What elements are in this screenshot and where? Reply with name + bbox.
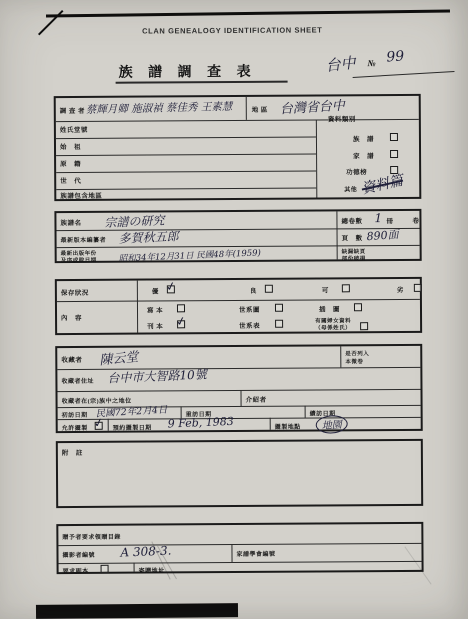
volumes-value: 1	[374, 211, 382, 225]
filming-date-value: 9 Feb, 1983	[167, 415, 234, 431]
checkbox-clan-genealogy	[390, 133, 398, 141]
content-item-label: 刊 本	[147, 321, 163, 330]
filming-place-value: 地園	[315, 414, 348, 434]
checkbox-permit-filming	[95, 422, 103, 430]
section-genealogy-info: 族譜名 宗譜の研究 總卷數 1 冊 卷 最新版本編纂者 多賀秋五郎 頁 數 89…	[54, 209, 421, 263]
city-handwritten: 台中	[324, 52, 356, 76]
filming-place-label: 攝製地點	[275, 422, 301, 431]
genealogy-name-label: 族譜名	[60, 218, 81, 227]
material-item-label: 族 譜	[353, 134, 374, 143]
checkbox-illustrations	[354, 303, 362, 311]
content-item-label: 世系表	[239, 321, 260, 330]
volumes-unit-ce: 冊	[386, 216, 393, 225]
genealogy-form: CLAN GENEALOGY IDENTIFICATION SHEET 族 譜 …	[0, 0, 468, 619]
divider-line	[134, 563, 135, 572]
preserve-option-label: 優	[152, 286, 159, 295]
volumes-label: 總卷數	[341, 216, 362, 225]
field-label-regions-covered: 族譜包含地區	[60, 191, 102, 200]
preserve-option-label: 可	[322, 285, 329, 294]
divider-line	[57, 389, 420, 392]
preserve-option-label: 良	[250, 286, 257, 295]
address-value: 台中市大智路10號	[107, 365, 207, 386]
divider-line	[340, 346, 341, 367]
collector-value: 陳云堂	[98, 346, 139, 369]
divider-line	[336, 211, 337, 259]
section-notes: 附 註	[56, 439, 423, 508]
pages-label: 頁 數	[342, 233, 363, 242]
divider-line	[57, 299, 420, 302]
society-number-label: 家譜學會編號	[236, 549, 275, 558]
address-label: 收藏者住址	[61, 376, 94, 385]
surveyor-value: 蔡輝月卿 施淑禎 蔡佳秀 王素慧	[86, 99, 233, 117]
divider-line	[246, 97, 247, 120]
content-item-label: 世系圖	[239, 305, 260, 314]
checkbox-family-genealogy	[390, 150, 398, 158]
introducer-label: 介紹者	[246, 395, 267, 404]
checkbox-excellent	[167, 285, 175, 293]
region-label: 地 區	[252, 105, 268, 114]
divider-line	[56, 187, 316, 190]
checkbox-women-data	[360, 322, 368, 330]
preservation-label: 保存狀況	[61, 288, 89, 297]
section-condition-content: 保存狀況 優 良 可 劣 內 容 寫 本 刊 本 世系圖 世系表 插 圖 有關婦…	[55, 277, 422, 335]
divider-line	[56, 153, 316, 156]
first-visit-value: 民國72年2月4日	[95, 402, 167, 420]
compiler-label: 最新版本編纂者	[61, 235, 107, 244]
permit-filming-label: 允許攝製	[62, 423, 88, 432]
content-item-label: 寫 本	[147, 305, 163, 314]
checkbox-request-copy	[101, 565, 109, 573]
checkbox-good	[265, 285, 273, 293]
surveyor-label: 調 查 者	[60, 106, 85, 115]
microfilm-label-line1: 是否列入	[345, 349, 369, 357]
women-data-label-line2: （母係姓氏）	[315, 323, 351, 331]
checkbox-fair	[342, 284, 350, 292]
divider-line	[56, 136, 316, 139]
divider-line	[108, 419, 109, 431]
pages-value: 890面	[366, 226, 399, 244]
no-value-handwritten: 99	[386, 48, 405, 65]
no-underline	[353, 71, 455, 78]
divider-line	[240, 390, 241, 406]
divider-line	[58, 543, 421, 546]
microfilm-label-line2: 本微卷	[345, 357, 363, 365]
mailing-address-label: 寄贈地址	[139, 565, 165, 574]
material-item-label: 功德榜	[346, 167, 367, 176]
divider-line	[56, 119, 419, 122]
pubdate-value: 昭和34年12月31日 民國48年(1959)	[118, 246, 261, 264]
divider-line	[137, 281, 138, 333]
first-visit-label: 初訪日期	[62, 410, 88, 419]
photographer-number-label: 攝影者編號	[62, 550, 95, 559]
compiler-value: 多賀秋五郎	[118, 227, 179, 246]
checkbox-printed	[177, 320, 185, 328]
material-item-label: 家 譜	[353, 151, 374, 160]
checkbox-manuscript	[177, 304, 185, 312]
form-title: 族 譜 調 查 表	[118, 61, 256, 82]
material-category-label: 資料類別	[328, 114, 356, 123]
damage-label-line2: 部份破損	[342, 254, 366, 262]
pubdate-label-line2: 及序或跋日期	[61, 256, 97, 264]
donor-catalog-label: 贈予者要求領贈目錄	[62, 532, 121, 541]
english-header: CLAN GENEALOGY IDENTIFICATION SHEET	[0, 25, 466, 37]
field-label-original-residence: 原 籍	[60, 159, 81, 168]
divider-line	[59, 561, 422, 564]
scanned-genealogy-sheet: CLAN GENEALOGY IDENTIFICATION SHEET 族 譜 …	[0, 0, 468, 619]
divider-line	[56, 170, 316, 173]
photographer-number-value: A 308-3.	[120, 544, 171, 560]
title-underline	[116, 81, 288, 84]
section-numbers: 贈予者要求領贈目錄 攝影者編號 A 308-3. 家譜學會編號 要求副本 寄贈地…	[56, 522, 423, 574]
field-label-generations: 世 代	[60, 176, 81, 185]
filming-date-label: 預約攝製日期	[113, 423, 152, 432]
divider-line	[305, 406, 306, 418]
field-label-surname-hall: 姓氏堂號	[60, 125, 88, 134]
field-label-first-ancestor: 始 祖	[60, 142, 81, 151]
section-collector: 收藏者 陳云堂 是否列入 本微卷 收藏者住址 台中市大智路10號 收藏者在(宗)…	[55, 344, 423, 433]
material-other-label: 其他	[344, 184, 357, 193]
collector-label: 收藏者	[61, 355, 82, 364]
checkbox-lineage-chart	[275, 304, 283, 312]
section-identification: 調 查 者 蔡輝月卿 施淑禎 蔡佳秀 王素慧 地 區 台灣省台中 姓氏堂號 始 …	[54, 94, 422, 201]
checkbox-lineage-table	[275, 320, 283, 328]
content-label: 內 容	[61, 313, 82, 322]
no-label: №	[367, 58, 376, 68]
divider-line	[316, 119, 317, 197]
preserve-option-label: 劣	[397, 285, 404, 294]
divider-line	[270, 418, 271, 430]
checkbox-poor	[414, 284, 422, 292]
volumes-unit-juan: 卷	[412, 216, 419, 225]
divider-line	[231, 544, 232, 562]
notes-label: 附 註	[62, 448, 83, 457]
content-item-label: 插 圖	[319, 304, 340, 313]
request-copy-label: 要求副本	[63, 566, 89, 575]
